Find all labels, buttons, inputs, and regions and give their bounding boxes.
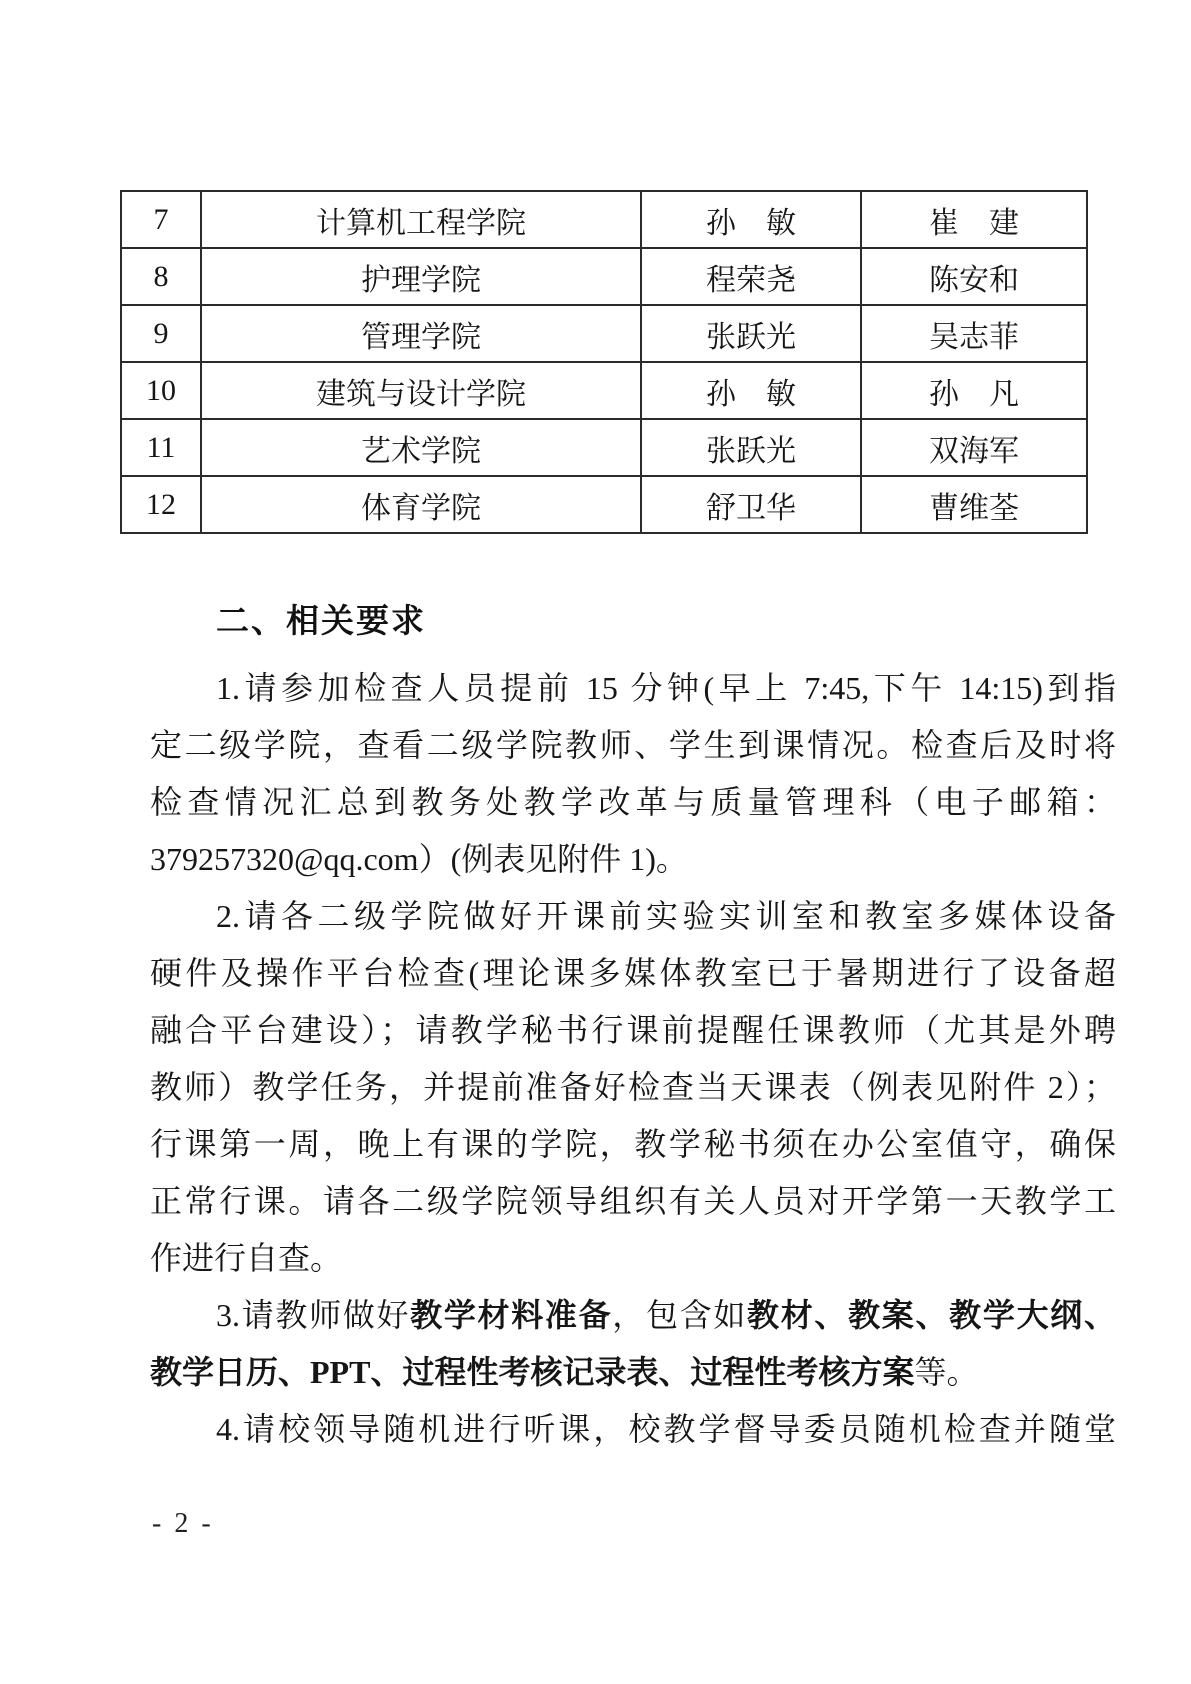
table-row: 11 艺术学院 张跃光 双海军 <box>121 419 1087 476</box>
bold-text-run: 教材、教案、教学大纲、 <box>747 1297 1116 1333</box>
body-line: 1.请参加检查人员提前 15 分钟(早上 7:45,下午 14:15)到指 <box>150 660 1116 717</box>
cell-inspector-1: 舒卫华 <box>641 476 861 533</box>
body-line: 4.请校领导随机进行听课，校教学督导委员随机检查并随堂 <box>150 1401 1116 1458</box>
table-row: 9 管理学院 张跃光 吴志菲 <box>121 305 1087 362</box>
body-line: 3.请教师做好教学材料准备，包含如教材、教案、教学大纲、 <box>150 1287 1116 1344</box>
body-line: 教师）教学任务，并提前准备好检查当天课表（例表见附件 2）； <box>150 1059 1116 1116</box>
inspection-assignment-table: 7 计算机工程学院 孙 敏 崔 建 8 护理学院 程荣尧 陈安和 9 管理学院 … <box>120 190 1088 534</box>
cell-row-number: 10 <box>121 362 201 419</box>
cell-inspector-2: 孙 凡 <box>861 362 1087 419</box>
document-page: 7 计算机工程学院 孙 敏 崔 建 8 护理学院 程荣尧 陈安和 9 管理学院 … <box>0 0 1191 1684</box>
body-line: 行课第一周，晚上有课的学院，教学秘书须在办公室值守，确保 <box>150 1116 1116 1173</box>
body-line: 379257320@qq.com）(例表见附件 1)。 <box>150 831 1116 888</box>
cell-college: 计算机工程学院 <box>201 191 641 248</box>
body-line: 作进行自查。 <box>150 1230 1116 1287</box>
table-row: 10 建筑与设计学院 孙 敏 孙 凡 <box>121 362 1087 419</box>
body-line: 教学日历、PPT、过程性考核记录表、过程性考核方案等。 <box>150 1344 1116 1401</box>
page-number: - 2 - <box>152 1508 214 1540</box>
cell-inspector-1: 孙 敏 <box>641 191 861 248</box>
cell-row-number: 7 <box>121 191 201 248</box>
text-run: ，包含如 <box>612 1297 747 1333</box>
body-line: 融合平台建设）；请教学秘书行课前提醒任课教师（尤其是外聘 <box>150 1002 1116 1059</box>
cell-college: 体育学院 <box>201 476 641 533</box>
text-run: 3.请教师做好 <box>216 1297 410 1333</box>
cell-row-number: 9 <box>121 305 201 362</box>
bold-text-run: 教学日历、PPT、过程性考核记录表、过程性考核方案 <box>150 1354 914 1390</box>
table-row: 12 体育学院 舒卫华 曹维荃 <box>121 476 1087 533</box>
cell-college: 建筑与设计学院 <box>201 362 641 419</box>
cell-inspector-1: 程荣尧 <box>641 248 861 305</box>
cell-inspector-2: 陈安和 <box>861 248 1087 305</box>
body-line: 检查情况汇总到教务处教学改革与质量管理科（电子邮箱： <box>150 774 1116 831</box>
cell-row-number: 11 <box>121 419 201 476</box>
cell-college: 护理学院 <box>201 248 641 305</box>
bold-text-run: 教学材料准备 <box>410 1297 612 1333</box>
section-heading: 二、相关要求 <box>150 592 1116 649</box>
body-text: 1.请参加检查人员提前 15 分钟(早上 7:45,下午 14:15)到指 定二… <box>150 660 1116 1458</box>
body-line: 硬件及操作平台检查(理论课多媒体教室已于暑期进行了设备超 <box>150 945 1116 1002</box>
cell-inspector-2: 曹维荃 <box>861 476 1087 533</box>
table-row: 7 计算机工程学院 孙 敏 崔 建 <box>121 191 1087 248</box>
cell-college: 管理学院 <box>201 305 641 362</box>
cell-inspector-2: 崔 建 <box>861 191 1087 248</box>
cell-college: 艺术学院 <box>201 419 641 476</box>
body-line: 2.请各二级学院做好开课前实验实训室和教室多媒体设备 <box>150 888 1116 945</box>
body-line: 定二级学院，查看二级学院教师、学生到课情况。检查后及时将 <box>150 717 1116 774</box>
cell-inspector-1: 孙 敏 <box>641 362 861 419</box>
cell-inspector-1: 张跃光 <box>641 305 861 362</box>
text-run: 等。 <box>914 1354 978 1390</box>
cell-row-number: 12 <box>121 476 201 533</box>
cell-inspector-1: 张跃光 <box>641 419 861 476</box>
cell-row-number: 8 <box>121 248 201 305</box>
cell-inspector-2: 吴志菲 <box>861 305 1087 362</box>
table-row: 8 护理学院 程荣尧 陈安和 <box>121 248 1087 305</box>
body-line: 正常行课。请各二级学院领导组织有关人员对开学第一天教学工 <box>150 1173 1116 1230</box>
cell-inspector-2: 双海军 <box>861 419 1087 476</box>
